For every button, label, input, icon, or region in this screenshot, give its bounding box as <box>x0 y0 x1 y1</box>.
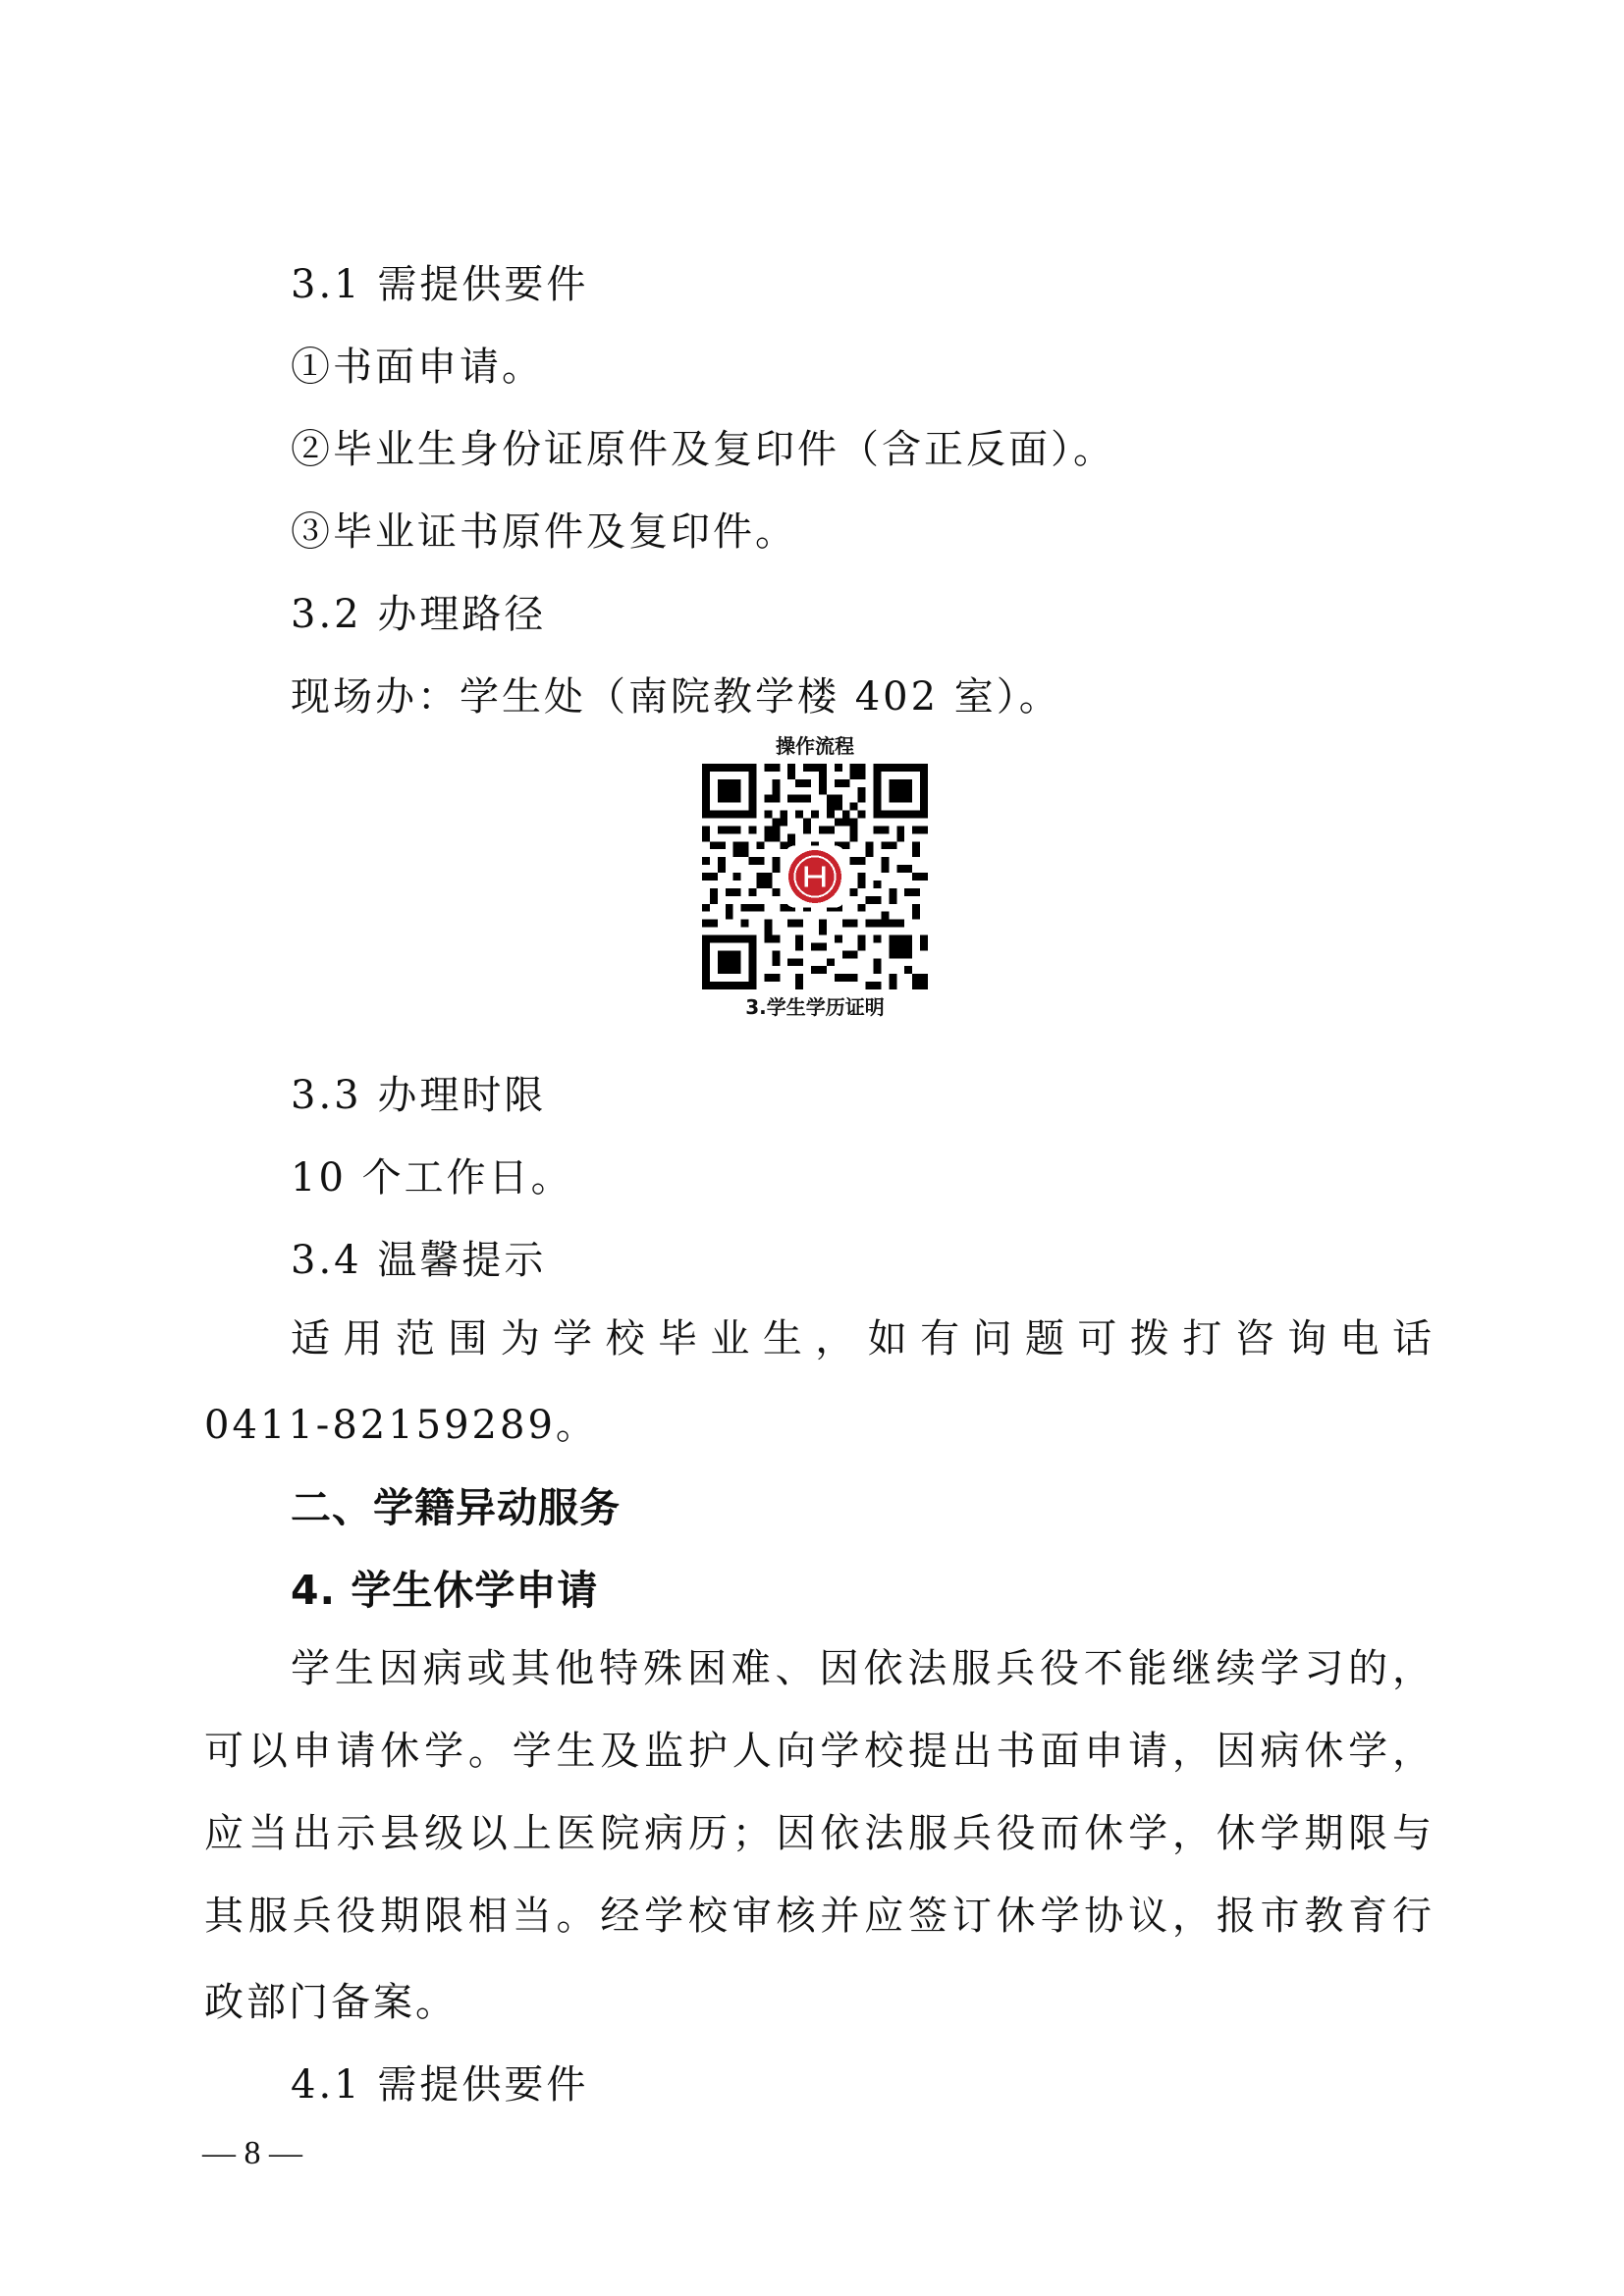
qr-title: 操作流程 <box>687 734 943 758</box>
onsite-location: 现场办：学生处（南院教学楼 402 室）。 <box>291 673 1061 721</box>
qr-code-block: 操作流程 <box>687 734 943 1019</box>
requirement-item-1: ①书面申请。 <box>291 344 544 391</box>
processing-time: 10 个工作日。 <box>291 1154 573 1201</box>
tip-text-line-1: 适用范围为学校毕业生，如有问题可拨打咨询电话 <box>204 1298 1434 1380</box>
requirement-item-2: ②毕业生身份证原件及复印件（含正反面）。 <box>291 426 1115 473</box>
chapter-2-heading: 二、学籍异动服务 <box>291 1484 621 1531</box>
paragraph-line-3: 应当出示县级以上医院病历；因依法服兵役而休学，休学期限与 <box>204 1792 1434 1875</box>
qr-code-icon[interactable] <box>702 764 928 989</box>
qr-caption: 3.学生学历证明 <box>687 995 943 1019</box>
item-4-heading: 4. 学生休学申请 <box>291 1567 598 1614</box>
section-4-1-heading: 4.1 需提供要件 <box>291 2061 588 2109</box>
paragraph-line-2: 可以申请休学。学生及监护人向学校提出书面申请，因病休学， <box>204 1710 1434 1792</box>
document-page: 3.1 需提供要件 ①书面申请。 ②毕业生身份证原件及复印件（含正反面）。 ③毕… <box>0 0 1624 2296</box>
section-3-2-heading: 3.2 办理路径 <box>291 591 546 638</box>
tip-text-phone: 0411-82159289。 <box>204 1402 598 1449</box>
section-3-1-heading: 3.1 需提供要件 <box>291 261 588 308</box>
section-3-4-heading: 3.4 温馨提示 <box>291 1237 546 1284</box>
paragraph-line-5: 政部门备案。 <box>204 1979 458 2026</box>
paragraph-line-4: 其服兵役期限相当。经学校审核并应签订休学协议，报市教育行 <box>204 1875 1434 1957</box>
section-3-3-heading: 3.3 办理时限 <box>291 1072 546 1119</box>
requirement-item-3: ③毕业证书原件及复印件。 <box>291 508 797 556</box>
paragraph-line-1: 学生因病或其他特殊困难、因依法服兵役不能继续学习的， <box>204 1628 1434 1710</box>
page-number: — 8 — <box>202 2134 302 2173</box>
